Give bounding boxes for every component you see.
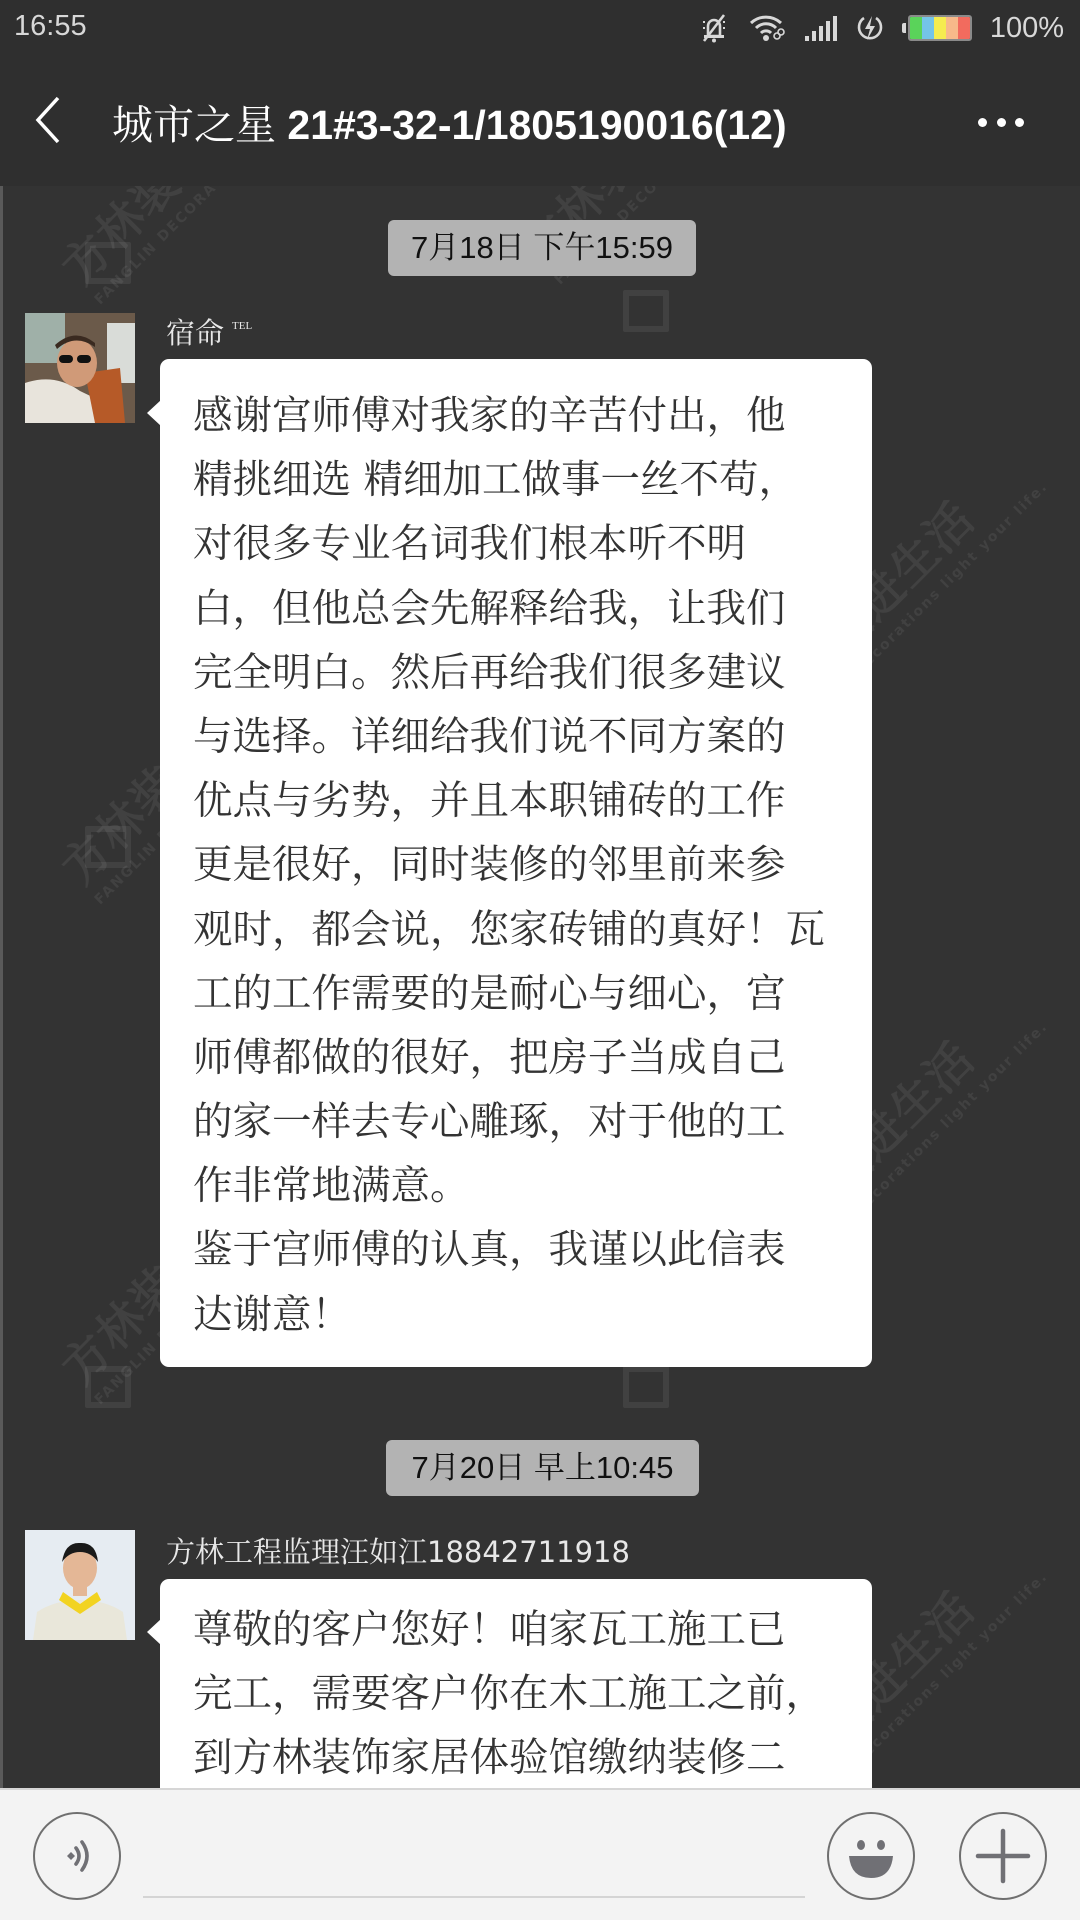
message-line: 尊敬的客户您好！咱家瓦工施工已 <box>193 1598 852 1662</box>
voice-button[interactable] <box>33 1812 121 1900</box>
chat-header: 城市之星 21#3-32-1/1805190016(12) <box>0 56 1080 186</box>
more-dot-icon <box>1015 118 1024 127</box>
voice-icon <box>57 1836 97 1876</box>
message-line: 师傅都做的很好，把房子当成自己 <box>193 1026 852 1090</box>
message-line: 完工，需要客户你在木工施工之前， <box>193 1662 852 1726</box>
page-title: 城市之星 21#3-32-1/1805190016(12) <box>112 92 787 151</box>
group-code: 21#3-32-1/1805190016(12) <box>276 102 787 148</box>
status-icons: 100% <box>698 10 1064 46</box>
plus-icon <box>975 1828 1031 1884</box>
battery-segment <box>922 17 934 39</box>
message-line: 鉴于宫师傅的认真，我谨以此信表 <box>193 1218 852 1282</box>
message-line: 更是很好，同时装修的邻里前来参 <box>193 833 852 897</box>
message-line: 对很多专业名词我们根本听不明 <box>193 512 852 576</box>
message-line: 白，但他总会先解释给我，让我们 <box>193 577 852 641</box>
input-bar <box>0 1788 1080 1920</box>
message-line: 精挑细选 精细加工做事一丝不苟， <box>193 448 852 512</box>
watermark-logo <box>85 242 131 284</box>
sender-name: 方林工程监理汪如江18842711918 <box>166 1530 630 1571</box>
message-bubble[interactable]: 感谢宫师傅对我家的辛苦付出，他 精挑细选 精细加工做事一丝不苟， 对很多专业名词… <box>160 359 872 1367</box>
battery-segment <box>934 17 946 39</box>
avatar[interactable] <box>25 1530 135 1640</box>
tel-badge: TEL <box>232 320 252 332</box>
message-line: 优点与劣势，并且本职铺砖的工作 <box>193 769 852 833</box>
battery-percent: 100% <box>990 12 1064 45</box>
battery-segment <box>946 17 958 39</box>
charging-icon <box>856 13 884 43</box>
bell-off-icon <box>698 12 730 44</box>
sender-name: 宿命TEL <box>166 311 252 352</box>
status-time: 16:55 <box>14 10 87 43</box>
watermark-brand: 方林装饰 FANGLIN DECORATION <box>45 186 252 308</box>
watermark-logo <box>85 1366 131 1408</box>
watermark-logo <box>623 1366 669 1408</box>
status-bar: 16:55 100% <box>0 0 1080 56</box>
message-line: 到方林装饰家居体验馆缴纳装修二 <box>193 1726 852 1788</box>
message-input[interactable] <box>143 1810 805 1898</box>
message-bubble[interactable]: 尊敬的客户您好！咱家瓦工施工已 完工，需要客户你在木工施工之前， 到方林装饰家居… <box>160 1579 872 1788</box>
bubble-tail <box>147 1619 161 1645</box>
back-button[interactable] <box>28 92 78 152</box>
avatar[interactable] <box>25 313 135 423</box>
message-line: 的家一样去专心雕琢，对于他的工 <box>193 1090 852 1154</box>
message-line: 作非常地满意。 <box>193 1154 852 1218</box>
signal-icon <box>804 14 838 42</box>
chevron-left-icon <box>28 92 68 148</box>
wifi-icon <box>748 13 786 43</box>
timestamp-divider: 7月20日 早上10:45 <box>386 1440 699 1496</box>
more-dot-icon <box>997 118 1006 127</box>
message-line: 完全明白。然后再给我们很多建议 <box>193 641 852 705</box>
chat-message-list[interactable]: 方林装饰 FANGLIN DECORATION 方林装饰 FANGLIN DEC… <box>0 186 1080 1788</box>
battery-tip <box>902 23 906 33</box>
bubble-tail <box>147 400 161 426</box>
more-options-button[interactable] <box>968 100 1034 144</box>
battery-segment <box>958 17 970 39</box>
message-line: 感谢宫师傅对我家的辛苦付出，他 <box>193 384 852 448</box>
battery-segment <box>910 17 922 39</box>
avatar-photo-icon <box>25 313 135 423</box>
plus-button[interactable] <box>959 1812 1047 1900</box>
message-line: 工的工作需要的是耐心与细心，宫 <box>193 962 852 1026</box>
avatar-photo-icon <box>25 1530 135 1640</box>
battery-icon <box>908 15 972 41</box>
message-line: 达谢意！ <box>193 1283 852 1347</box>
message-line: 观时，都会说，您家砖铺的真好！瓦 <box>193 898 852 962</box>
watermark-logo <box>623 290 669 332</box>
timestamp-divider: 7月18日 下午15:59 <box>388 220 696 276</box>
smiley-icon <box>841 1826 901 1886</box>
more-dot-icon <box>978 118 987 127</box>
message-line: 与选择。详细给我们说不同方案的 <box>193 705 852 769</box>
group-name: 城市之星 <box>112 101 276 149</box>
watermark-logo <box>85 826 131 868</box>
emoji-button[interactable] <box>827 1812 915 1900</box>
